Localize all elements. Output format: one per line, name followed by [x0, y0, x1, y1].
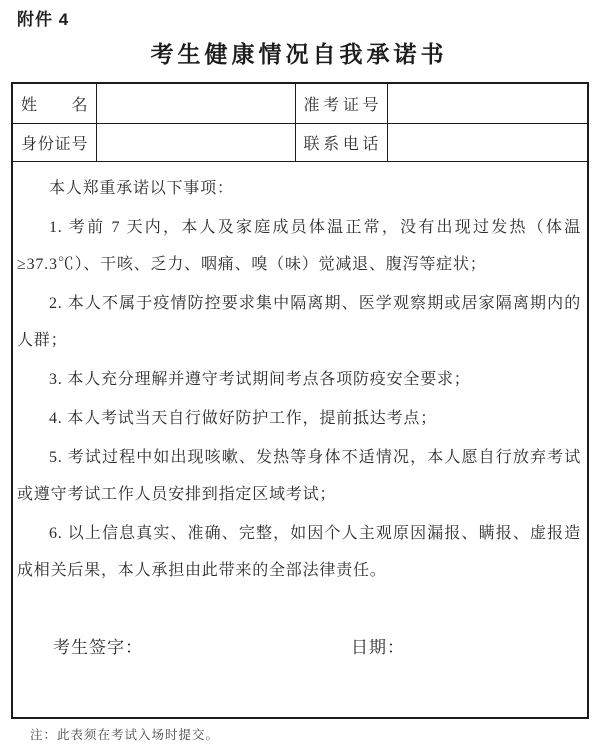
commitment-item-5: 5. 考试过程中如出现咳嗽、发热等身体不适情况，本人愿自行放弃考试或遵守考试工作… — [17, 439, 581, 513]
commitment-item-2: 2. 本人不属于疫情防控要求集中隔离期、医学观察期或居家隔离期内的人群； — [17, 285, 581, 359]
document-page: 附件 4 考生健康情况自我承诺书 姓名 准考证号 身份证号 联系电话 本人郑重承… — [0, 0, 598, 756]
commitment-intro: 本人郑重承诺以下事项： — [17, 170, 581, 207]
signature-label: 考生签字： — [53, 629, 143, 666]
attachment-label: 附件 4 — [17, 8, 598, 32]
commitment-item-6: 6. 以上信息真实、准确、完整，如因个人主观原因漏报、瞒报、虚报造成相关后果，本… — [17, 515, 581, 589]
table-row-name-ticket: 姓名 准考证号 — [12, 83, 588, 123]
signature-row: 考生签字： 日期： — [17, 629, 581, 666]
commitment-item-3: 3. 本人充分理解并遵守考试期间考点各项防疫安全要求； — [17, 361, 581, 398]
admission-ticket-label: 准考证号 — [295, 83, 387, 123]
commitment-item-1: 1. 考前 7 天内，本人及家庭成员体温正常，没有出现过发热（体温≥37.3℃）… — [17, 209, 581, 283]
date-label: 日期： — [351, 629, 405, 666]
candidate-info-table: 姓名 准考证号 身份证号 联系电话 本人郑重承诺以下事项： 1. 考前 7 天内… — [11, 82, 589, 719]
name-label: 姓名 — [12, 83, 96, 123]
commitment-item-4: 4. 本人考试当天自行做好防护工作，提前抵达考点； — [17, 400, 581, 437]
page-title: 考生健康情况自我承诺书 — [0, 40, 598, 70]
table-row-id-phone: 身份证号 联系电话 — [12, 123, 588, 161]
admission-ticket-value-cell — [387, 83, 588, 123]
name-value-cell — [96, 83, 295, 123]
id-number-value-cell — [96, 123, 295, 161]
phone-value-cell — [387, 123, 588, 161]
commitment-cell: 本人郑重承诺以下事项： 1. 考前 7 天内，本人及家庭成员体温正常，没有出现过… — [12, 161, 588, 718]
table-row-commitment: 本人郑重承诺以下事项： 1. 考前 7 天内，本人及家庭成员体温正常，没有出现过… — [12, 161, 588, 718]
footnote: 注：此表须在考试入场时提交。 — [30, 726, 598, 744]
phone-label: 联系电话 — [295, 123, 387, 161]
id-number-label: 身份证号 — [12, 123, 96, 161]
